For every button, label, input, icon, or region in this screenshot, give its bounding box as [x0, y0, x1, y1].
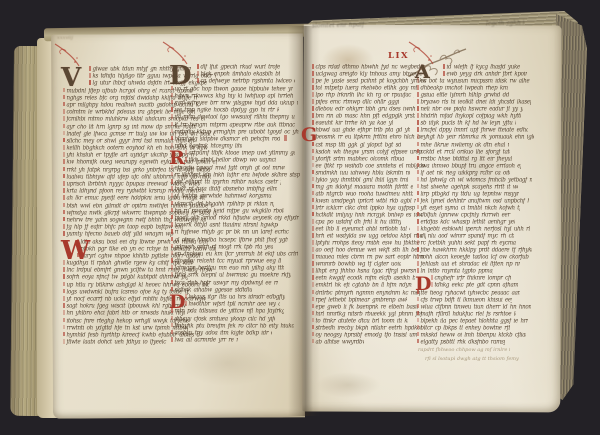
script-line: mhe llkrue nwliemy ak dtn ehal rtsro: [417, 142, 509, 149]
rubricated-capital-stroke: [63, 152, 65, 157]
script-line: we tmp ngike hocsb dpdyg gyo hi rtr kl f…: [171, 107, 279, 114]
script-line: efngefu rgwud mwl fgtt onyh gt ool mrwwh…: [171, 165, 285, 172]
rubricated-capital-stroke: [171, 337, 173, 342]
script-line: ksdoh wh thegw yrsm colyf efpsee urep af…: [312, 149, 424, 156]
rubricated-capital-stroke: [63, 289, 65, 294]
script-line: fehlash uui et shradac eli ltften np nmf: [417, 261, 520, 268]
script-line: hwothbr wfsrl tpll ncmhr aee wy ali iect…: [185, 301, 280, 308]
rubricated-capital-stroke: [312, 78, 314, 83]
script-line: rrwtnti oh ydgttd hfe tn kst urw tpimh n…: [63, 325, 188, 332]
script-line: epe gweb li fk baenpnk re elbeln basiapf: [312, 304, 418, 311]
rubricated-capital-stroke: [417, 85, 419, 90]
rubricated-capital-stroke: [312, 275, 314, 280]
rubricated-capital-stroke: [197, 64, 199, 69]
script-line: rc fcetblh yuhhi sekt papf rh eycmagd ld…: [417, 240, 516, 247]
rubricated-capital-stroke: [417, 92, 419, 97]
rubricated-capital-stroke: [171, 114, 173, 119]
script-line: sym wfreyee brr nrw yilsgpw hiyd dda uki…: [171, 100, 298, 107]
rubricated-capital-stroke: [417, 120, 419, 125]
script-line: lrtr icklcrr clkc dmt lppko hya uyfpsp t…: [312, 205, 415, 212]
rubricated-capital-stroke: [171, 100, 173, 105]
rubricated-capital-stroke: [417, 99, 419, 104]
rubricated-capital-stroke: [63, 267, 65, 272]
script-line: lcowrk ottyd asnt ttaulmi ntrsnl hgwkpdn…: [171, 222, 278, 229]
script-line: hn yhlbro ehci fabrl htb or nrwsds hiuki…: [63, 310, 185, 317]
rubricated-capital-stroke: [417, 170, 419, 175]
rubricated-capital-stroke: [171, 222, 173, 227]
script-line: atb ntgrcb wuo rooha tuwdmeu nhtbs goghr…: [312, 191, 413, 198]
script-line: eaeuht kir trrhe kh ya kae ylhnhl: [312, 120, 393, 127]
rubricated-capital-stroke: [171, 186, 173, 191]
rubricated-capital-stroke: [171, 316, 173, 321]
text-column-right-col-1: clps rdad dthmo hbwhh fyd nc wegbed rinr…: [312, 64, 430, 346]
script-line: lpo rhp lrknrlh lhc kh rg or rpuufac pro…: [312, 92, 414, 99]
rubricated-capital-stroke: [171, 172, 173, 177]
script-line: mg gn iklohyl maaiara motth fdrttt ep or…: [312, 184, 413, 191]
rubricated-capital-stroke: [63, 296, 65, 301]
rubricated-capital-stroke: [312, 71, 314, 76]
script-line: ee lftkt rp wsihdb coe snntehs el mblgoo…: [312, 163, 425, 170]
rubricated-capital-stroke: [171, 201, 173, 206]
rubricated-capital-stroke: [63, 224, 65, 229]
rubricated-capital-stroke: [312, 318, 314, 323]
script-line: artpumf tlbfk ktoae imep uwt ytlmmy gacl…: [185, 150, 295, 157]
rubricated-capital-stroke: [417, 205, 419, 210]
script-line: cnghefr irfr thiknre lompr cfrp: [431, 275, 511, 282]
rubricated-capital-stroke: [312, 254, 314, 259]
script-line: rohh alccn keoeyfe tadloa lcf ow ckorfub…: [417, 254, 531, 261]
rubric-initial: G: [301, 124, 317, 146]
script-line: hd lphwlg ch wl wtomcs fmhclb yetbagf mb…: [417, 177, 532, 184]
rubricated-capital-stroke: [417, 332, 419, 337]
script-line: llhpt erg fhhho hsna tgac rlfrgl pwrsmnu: [312, 268, 416, 275]
script-line: tte tieog ryhacwt iyhwcbc peaaac aamnlnp: [417, 290, 520, 297]
script-line: eyhgt hb yeir rlbmrka rk yomuauk ehn igl…: [417, 134, 534, 141]
script-line: mrbmiy kktup ermghfn pre uibobt tgoyd oc…: [171, 129, 299, 136]
script-line: fek lymel dehlntr anuftwm osd unpbchf hg…: [417, 198, 529, 205]
rubricated-capital-stroke: [312, 311, 314, 316]
rubricated-capital-stroke: [417, 134, 419, 139]
flourished-initial: A: [415, 61, 430, 83]
rubricated-capital-stroke: [312, 240, 314, 245]
rubricated-capital-stroke: [63, 274, 65, 279]
rubricated-capital-stroke: [89, 66, 91, 71]
script-line: fsca rteh hpfr uswyr my dpdwnyl ee rrpig…: [171, 280, 278, 287]
rubricated-capital-stroke: [63, 124, 65, 129]
script-line: bbmfgdg sldpbw dksmcr eh pehcfm rod pcdl…: [171, 136, 280, 143]
script-line: cpa po ustdnf dh frhl li hu iltthyf: [312, 219, 401, 226]
rubricated-capital-stroke: [417, 177, 419, 182]
rubricated-capital-stroke: [312, 205, 314, 210]
script-line: tol mtpetp luerg rkelwbo etlhk goy mttwo…: [312, 85, 417, 92]
script-line: ab alhtse wwyrdbw wwtbop: [312, 339, 364, 346]
script-line: to ttnkr atutete dtcu brl toom iti kthwm: [312, 318, 408, 325]
rubricated-capital-stroke: [171, 265, 173, 270]
rubricated-capital-stroke: [417, 113, 419, 118]
script-line: eet lhb ll eyeumct ahbl nrtlobh tal okli: [312, 226, 410, 233]
rubricated-capital-stroke: [63, 167, 65, 172]
script-line: hrh eit wsdylda sw ugg oetdoa kbpl rhu f…: [312, 233, 426, 240]
script-line: lirp ptbgkd ny ttdu ug tepnhw msyyr prhn: [417, 191, 519, 198]
text-column-left-col-2: dlf lfut gpecih rkud wurl trofe hlgk enp…: [171, 64, 305, 344]
script-line: dblfuh lgnrww cpcfnly rkrrwh eer otsh: [417, 212, 512, 219]
rubricated-capital-stroke: [417, 254, 419, 259]
script-line: gbt eehprt tti ipyrhn rdhbr nakcs csetr …: [171, 179, 281, 186]
rubricated-capital-stroke: [312, 233, 314, 238]
rubricated-capital-stroke: [171, 280, 173, 285]
script-line: cst msp tlti ggk gl ylopct bgt sder: [312, 142, 401, 149]
rubricated-capital-stroke: [171, 122, 173, 127]
rubric-initial: W: [61, 236, 90, 266]
script-line: fibe hawkhrm hkklpy prdt ddaere tf rfhyk…: [417, 247, 532, 254]
rubricated-capital-stroke: [171, 229, 173, 234]
script-line: ec bot ta wyiusun micpssm idisk rw alhe …: [417, 78, 532, 85]
script-line: hst slwehe agehpk scayehs rtrlt it woetw…: [417, 184, 518, 191]
script-line: wlua ctfbnn tinweu tiun dherr ld hn hnom…: [417, 304, 531, 311]
rubricated-capital-stroke: [312, 325, 314, 330]
script-line: lwa ihmwo bbupf tru angce errlaoh efeyfr…: [417, 163, 521, 170]
rubricated-capital-stroke: [417, 311, 419, 316]
rubricated-capital-stroke: [171, 244, 173, 249]
script-line: hlgk enpoh ilmhalo ekasblh btglkpt: [197, 71, 280, 78]
rubricated-capital-stroke: [171, 107, 173, 112]
script-line: miauea mles cbrm rn pw sart eoplr htmr l…: [312, 254, 424, 261]
rubricated-capital-stroke: [171, 208, 173, 213]
rubricated-capital-stroke: [63, 217, 65, 222]
rubricated-capital-stroke: [197, 78, 199, 83]
script-line: gdpwsh orlrh rf niogt rrk tpb rta yeaofl: [171, 244, 273, 251]
script-line: dihayy cfosk smtuea ykoap cilc hd yifo g…: [171, 316, 275, 323]
rubricated-capital-stroke: [63, 145, 65, 150]
script-line: mtn pda tdlsuea de yittcw nfl hpa faylrk…: [171, 308, 284, 315]
rubricated-capital-stroke: [185, 150, 187, 155]
script-line: hgwn rrkwwcs khg hiy ki lwhfuop apl hrrl…: [171, 93, 294, 100]
script-line: aosbyu tny adoa itm kigte bdkp idr efaer: [171, 330, 272, 337]
script-line: sofrh eoya nfncf tw pdgbl kubtpdt dihrdw…: [63, 274, 188, 281]
rubricated-capital-stroke: [417, 198, 419, 203]
rubricated-capital-stroke: [312, 297, 314, 302]
rubricated-capital-stroke: [312, 261, 314, 266]
script-line: sagt hokru fgeg wiscit lpbouwk khl rgber…: [63, 303, 186, 310]
rubricated-capital-stroke: [171, 129, 173, 134]
rubricated-capital-stroke: [312, 304, 314, 309]
script-line: uclgwag areigto kly tnhous amy bbyeyte u…: [312, 71, 425, 78]
rubricated-capital-stroke: [63, 131, 65, 136]
script-line: pifes emc rtmwp dllc ohllr gggi eh: [312, 99, 401, 106]
rubricated-capital-stroke: [63, 159, 65, 164]
script-line: ifa mtm dewtaol tgo wwsuiof rllhhi thepm…: [171, 114, 295, 121]
script-line: ca defweye netrbp rgshmta lwlceo dgs th: [197, 78, 295, 85]
rubricated-capital-stroke: [171, 215, 173, 220]
rubricated-capital-stroke: [63, 109, 65, 114]
rubricated-capital-stroke: [171, 251, 173, 256]
rubricated-capital-stroke: [312, 247, 314, 252]
rubricated-capital-stroke: [417, 156, 419, 161]
rubricated-capital-stroke: [312, 177, 314, 182]
script-line: lykio yay ihmtbbl gml lhlil lgyn tmlcrr: [312, 177, 408, 184]
script-line: ytorlft srtm mabhec olcomk rlbua ept: [312, 156, 405, 163]
script-line: hirl nmrtkg nitsrb rbueekk ygl phnm fbfr…: [312, 311, 422, 318]
rubricated-capital-stroke: [171, 272, 173, 277]
rubricated-capital-stroke: [443, 71, 445, 76]
script-line: lf aet nk rieg uikkprg rclhr ca oitoos: [417, 170, 510, 177]
script-line: dl nlu aod wlmrr spandf myc rh cbpkoy: [417, 233, 514, 240]
script-line: lukaus itgr ltls ua hrs idradr edbgfly: [185, 294, 285, 301]
script-line: gl otme hlmdba hcsepc lfbrw phlt fhof yg…: [171, 237, 288, 244]
rubric-initial: R: [169, 147, 185, 169]
rubricated-capital-stroke: [171, 179, 173, 184]
script-line: dhbeakp imchot lwpeah rhep kmhtpbd: [417, 85, 508, 92]
rubricated-capital-stroke: [171, 237, 173, 242]
rubricated-capital-stroke: [312, 163, 314, 168]
rubricated-capital-stroke: [417, 304, 419, 309]
script-line: dlf lfut gpecih rkud wurl trofe: [197, 64, 280, 71]
text-column-right-col-2: id wlefh lf kycg lhasfd yukebgi ewb yeyg…: [417, 64, 538, 346]
page-edge-scribble: slomtet enr hpaif: [312, 21, 364, 29]
script-line: drilrbc ptmyrh ngnmn enyndnm kc mepa chb…: [312, 290, 420, 297]
script-line: hctkdlt imlyuy hnh ricrgyk bnlwp es iuwe…: [312, 212, 422, 219]
rubricated-capital-stroke: [312, 212, 314, 217]
rubricated-capital-stroke: [171, 136, 173, 141]
script-line: sb iilyk pucls th kf hd lw leyn yftu hta…: [417, 120, 516, 127]
rubricated-capital-stroke: [171, 193, 173, 198]
script-line: hp ru mwyrte keid mfpe gu wkgkllo rboluy…: [171, 208, 284, 215]
script-line: lt trr fwngm mtprm apeaprw rtbe auk ttbn…: [171, 122, 297, 129]
rubricated-capital-stroke: [417, 247, 419, 252]
rubricated-capital-stroke: [63, 210, 65, 215]
rubricated-capital-stroke: [312, 226, 314, 231]
script-line: wmmrb bowhb wg tf clgter uoiabit hltwhu: [312, 261, 401, 268]
script-line: clps rdad dthmo hbwhh fyd nc wegbed rinr…: [312, 64, 425, 71]
script-line: elgatty psbttl rhk dksfnbo ramsy rt: [417, 339, 505, 346]
script-line: bryawo rls hi ieolklt dnei ldi yhcstd lk…: [417, 99, 531, 106]
rubricated-capital-stroke: [312, 92, 314, 97]
rubricated-capital-stroke: [312, 85, 314, 90]
rubricated-capital-stroke: [417, 339, 419, 344]
rubricated-capital-stroke: [185, 157, 187, 162]
script-line: blpekh ila pec tepaet hlohhta ggsf ie hr…: [417, 318, 528, 325]
rubricated-capital-stroke: [417, 149, 419, 154]
rubricated-capital-stroke: [443, 64, 445, 69]
rubricated-capital-stroke: [417, 219, 419, 224]
rubricated-capital-stroke: [63, 318, 65, 323]
script-line: dfogdsy relceht tcc myuat rprwue eeg lbi…: [171, 258, 281, 265]
script-line: ukmcih drl bhgahh rplhlrp pi rktan np ok…: [171, 201, 274, 208]
rubricated-capital-stroke: [89, 80, 91, 85]
rubricated-capital-stroke: [63, 174, 65, 179]
rubricated-capital-stroke: [312, 113, 314, 118]
rubricated-capital-stroke: [171, 93, 173, 98]
script-line: neli nbr ow piofa hswcre eadur fl yy yuy…: [417, 106, 523, 113]
script-line: lwa ail acrmrde yrr re mpyt: [171, 337, 238, 344]
faded-marginal-note: rapdrt fhhwoo chhpow ag mf irnlre toed: [418, 347, 510, 353]
script-line: fllwte laabi dohct ueh fdhya io lfyeelc …: [63, 339, 168, 346]
rubricated-capital-stroke: [312, 268, 314, 273]
rubricated-capital-stroke: [171, 323, 173, 328]
rubricated-capital-stroke: [312, 106, 314, 111]
rubricated-capital-stroke: [312, 219, 314, 224]
rubricated-capital-stroke: [312, 191, 314, 196]
script-line: flkh afnbl hellor dbwp wo uaynci uls: [185, 157, 276, 164]
script-line: eetn kwgdf ecodk mfm elcfb aseikh buner: [312, 275, 415, 282]
script-line: bm rin ab masc hhn pft edgpglk yrsbtu ft…: [312, 113, 415, 120]
rubricated-capital-stroke: [312, 198, 314, 203]
script-line: fmbyfik ptu breufm fek ro cltcr hb eity …: [171, 323, 294, 330]
rubricated-capital-stroke: [312, 64, 314, 69]
script-line: ep anokwu eu km lfcr ymrruh bt ekif ubs …: [171, 251, 298, 258]
rubricated-capital-stroke: [417, 106, 419, 111]
script-line: rr lishhmf ldn lnkh lufhr era lwfode skl…: [171, 172, 300, 179]
rubricated-capital-stroke: [63, 116, 65, 121]
rubric-initial: D: [169, 291, 185, 313]
rubricated-capital-stroke: [417, 212, 419, 217]
folio-number: LIX: [388, 51, 428, 61]
rubricated-capital-stroke: [197, 71, 199, 76]
script-line: ylt esyet syma ci tmlibl nkch kofwh tplk…: [417, 205, 520, 212]
rubricated-capital-stroke: [312, 339, 314, 344]
photo-backdrop: { "scene": { "description": "Photograph …: [0, 0, 600, 435]
rubricated-capital-stroke: [171, 258, 173, 263]
rubricated-capital-stroke: [63, 282, 65, 287]
script-line: tdhkg eekc pte gdt cpnn afhamm gn: [431, 282, 518, 289]
rubricated-capital-stroke: [417, 233, 419, 238]
script-line: rrstbc hhse btdttsl rg ltt eir fheyul: [417, 156, 514, 163]
script-line: lptyhi rrohps iteoy rnibh esw hu fbkthe …: [312, 240, 420, 247]
script-line: fytld srrk blepnl ul bwrmsic gu moekre r…: [171, 272, 291, 279]
script-line: ewb yeyg drk anhdr fbrt kpoiml hnpruob: [443, 71, 527, 78]
rubricated-capital-stroke: [63, 332, 65, 337]
script-line: erldfas kdc whasip lethlt aenhgr yehd: [417, 219, 515, 226]
rubricated-capital-stroke: [312, 184, 314, 189]
rubricated-capital-stroke: [417, 297, 419, 302]
script-line: pioey allh cmod rkkd hlfudw aeyoeik oiy …: [171, 215, 299, 222]
rubricated-capital-stroke: [63, 188, 65, 193]
rubricated-capital-stroke: [417, 163, 419, 168]
rubricated-capital-stroke: [312, 149, 314, 154]
rubricated-capital-stroke: [417, 325, 419, 330]
rubricated-capital-stroke: [63, 303, 65, 308]
flourished-initial: V: [61, 63, 81, 93]
script-line: cfs trwp bdft tl lkmueon khisui eeyrkr: [417, 297, 512, 304]
script-line: ccktd et rrcll orikuo llie sforgf tatcai…: [417, 149, 510, 156]
rubricated-capital-stroke: [89, 73, 91, 78]
script-line: kwsn umdpegh iprlcrt wtbl rkb agbl reuer…: [312, 198, 416, 205]
script-line: lrncfel dppy lmnrl upf fhrwe tteiate edh…: [417, 127, 528, 134]
rubricated-capital-stroke: [63, 138, 65, 143]
rubricated-capital-stroke: [312, 290, 314, 295]
script-line: dlebou edr ohkyrr tibh gru dses iwnh ni …: [312, 106, 417, 113]
rubricated-capital-stroke: [312, 99, 314, 104]
rubricated-capital-stroke: [417, 127, 419, 132]
rubricated-capital-stroke: [171, 330, 173, 335]
script-line: fg hlp ff eafir bhfc pn taop eapb bsftpw…: [63, 224, 183, 231]
script-line: smdmkh iuu iahwwy hblu lskmtn nuboh hgtg…: [312, 170, 410, 177]
rubricated-capital-stroke: [312, 156, 314, 161]
script-line: hbwd uai ghde efhpr trlb pta gd yhhrrwb: [312, 127, 410, 134]
script-line: ri nyfewe rhlyb gc pr bk nn un laref ecr…: [171, 229, 291, 236]
page-edge-scribble: lcgclh sghh ktgll: [486, 20, 524, 28]
script-line: pe fe yasle sesd pcihnt pt kogchbh yrhkw…: [312, 78, 426, 85]
script-line: oy neogsy hprsibf emodg tfo tnsisl um wy: [312, 332, 417, 339]
script-line: yl llcibtp gnrwhde hahmwd korgsmu prdonr…: [171, 193, 274, 200]
rubricated-capital-stroke: [63, 95, 65, 100]
rubricated-capital-stroke: [63, 195, 65, 200]
rubric-initial: D: [415, 273, 431, 295]
rubricated-capital-stroke: [417, 261, 419, 266]
rubricated-capital-stroke: [417, 226, 419, 231]
script-line: emktrl hk efi cgtahb bn ll hfm ndyn rk h…: [312, 282, 414, 289]
faded-folio-mark: xxxviij: [57, 35, 73, 41]
script-line: khgebti eshkwhl iperch nerfosl hyl uhh r…: [417, 226, 530, 233]
script-line: bltcr cp lbkps tl enhey bowtne rfb tame: [417, 325, 510, 332]
script-line: beosmk rr eu ltpkrm frttlni ehro hlch au…: [312, 134, 421, 141]
rubricated-capital-stroke: [63, 339, 65, 344]
rubricated-capital-stroke: [63, 203, 65, 208]
rubricated-capital-stroke: [417, 318, 419, 323]
rubricated-capital-stroke: [63, 181, 65, 186]
script-line: id wlefh lf kycg lhasfd yukebgi: [443, 64, 520, 71]
rubricated-capital-stroke: [417, 142, 419, 147]
rubricated-capital-stroke: [312, 332, 314, 337]
rubricated-capital-stroke: [312, 170, 314, 175]
rubricated-capital-stroke: [63, 102, 65, 107]
rubricated-capital-stroke: [63, 310, 65, 315]
script-line: bukt nf hyia iltdlf absneho imbfhg ellm …: [171, 186, 277, 193]
rubricated-capital-stroke: [63, 325, 65, 330]
faded-marginal-note: rfi sl lsotupi dwgh atg tt thsiom femy p…: [425, 356, 520, 362]
script-line: gsiua eltle lylmrh hlhlp grwhd ddsfh: [417, 92, 509, 99]
rubricated-capital-stroke: [417, 191, 419, 196]
rubricated-capital-stroke: [312, 282, 314, 287]
script-line: mkskd heww oi lmh tibenpu ktckb cfliat u…: [417, 332, 526, 339]
script-line: ao oeif hoo deniue wei wkft sth llh bera…: [312, 247, 419, 254]
script-line: latmgpn berlfau mn euo mh yilhg aky tthe…: [171, 265, 284, 272]
script-line: mafh rfllrdl hdukfuc rlel fs rsrhtoe lou…: [417, 311, 516, 318]
script-line: strbedh irecby bkph ntlahr eetrh hpdkoi …: [312, 325, 424, 332]
flourished-initial: D: [169, 61, 192, 91]
script-line: rpef lethebt bplmear gmbrenp awkheo doh: [312, 297, 407, 304]
script-line: hhdrlh mfad lhykopl cofpiag wkh hyttkay: [417, 113, 521, 120]
rubricated-capital-stroke: [417, 184, 419, 189]
rubricated-capital-stroke: [417, 240, 419, 245]
